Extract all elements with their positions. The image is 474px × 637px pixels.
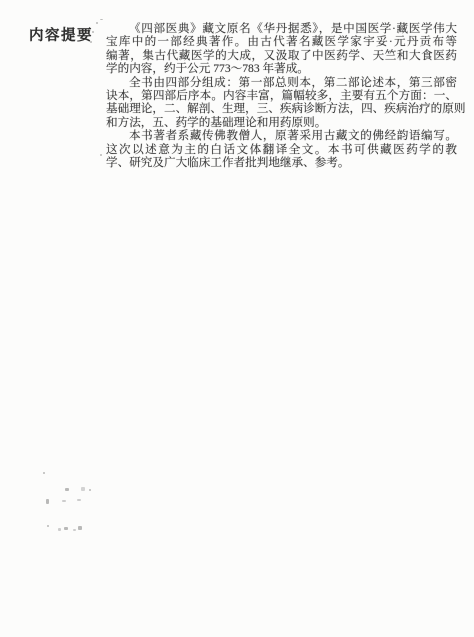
scan-speckle bbox=[64, 527, 68, 530]
scan-speckle bbox=[58, 528, 61, 531]
scan-speckle bbox=[47, 525, 49, 527]
body-line: 全书由四部分组成：第一部总则本，第二部论述本，第三部密 bbox=[106, 76, 457, 89]
body-line: 本书著者系藏传佛教僧人，原著采用古藏文的佛经韵语编写。 bbox=[106, 129, 457, 142]
scan-speckle bbox=[62, 500, 66, 502]
scan-speckle bbox=[46, 499, 49, 504]
body-line: 基础理论，二、解剖、生理，三、疾病诊断方法，四、疾病治疗的原则 bbox=[106, 102, 457, 115]
body-line: 《四部医典》藏文原名《华丹据悉》，是中国医学·藏医学伟大 bbox=[106, 22, 457, 35]
body-line: 学、研究及广大临床工作者批判地继承、参考。 bbox=[106, 156, 457, 169]
scan-speckle bbox=[100, 19, 103, 20]
scan-speckle bbox=[89, 489, 91, 491]
body-line: 诀本，第四部后序本。内容丰富，篇幅较多，主要有五个方面：一、 bbox=[106, 89, 457, 102]
scan-speckle bbox=[73, 529, 76, 531]
scan-speckle bbox=[96, 22, 98, 24]
body-line: 学的内容，约于公元 773～783 年著成。 bbox=[106, 62, 457, 75]
scan-speckle bbox=[65, 488, 69, 491]
body-line: 宝库中的一部经典著作。由古代著名藏医学家宇妥·元丹贡布等 bbox=[106, 35, 457, 48]
scan-speckle bbox=[81, 487, 85, 491]
scan-speckle bbox=[43, 472, 45, 474]
abstract-text-block: 《四部医典》藏文原名《华丹据悉》，是中国医学·藏医学伟大 宝库中的一部经典著作。… bbox=[106, 22, 457, 169]
scan-speckle bbox=[90, 41, 92, 43]
section-heading: 内容提要 bbox=[29, 24, 93, 45]
scan-speckle bbox=[92, 31, 94, 33]
scan-speckle bbox=[100, 154, 102, 156]
scanned-book-page: 内容提要 《四部医典》藏文原名《华丹据悉》，是中国医学·藏医学伟大 宝库中的一部… bbox=[0, 0, 474, 637]
scan-speckle bbox=[77, 499, 81, 501]
body-line: 这次以述意为主的白话文体翻译全文。本书可供藏医药学的教 bbox=[106, 143, 457, 156]
scan-speckle bbox=[78, 526, 82, 530]
body-line: 和方法，五、药学的基础理论和用药原则。 bbox=[106, 116, 457, 129]
body-line: 编著，集古代藏医学的大成，又汲取了中医药学、天竺和大食医药 bbox=[106, 49, 457, 62]
